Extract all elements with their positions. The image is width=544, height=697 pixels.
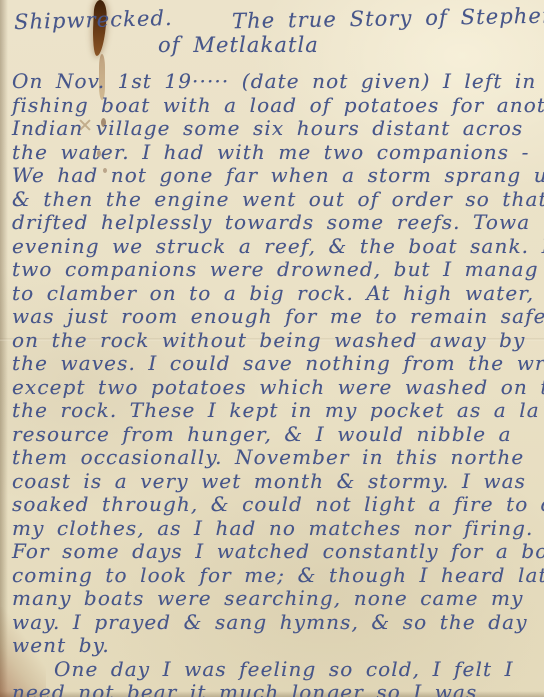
- handwritten-line: way. I prayed & sang hymns, & so the day: [12, 611, 544, 635]
- handwritten-line: resource from hunger, & I would nibble a: [12, 423, 544, 447]
- handwritten-line: fishing boat with a load of potatoes for…: [12, 94, 544, 118]
- handwritten-line: soaked through, & could not light a fire…: [12, 493, 544, 517]
- letter-page: Shipwrecked. The true Story of Stephen R…: [0, 0, 544, 697]
- handwritten-line: coast is a very wet month & stormy. I wa…: [12, 470, 544, 494]
- handwritten-line: evening we struck a reef, & the boat san…: [12, 235, 544, 259]
- handwritten-line: the water. I had with me two companions …: [12, 141, 544, 165]
- handwritten-line: coming to look for me; & though I heard …: [12, 564, 544, 588]
- handwritten-line: On Nov. 1st 19····· (date not given) I l…: [12, 70, 544, 94]
- handwritten-line: the rock. These I kept in my pocket as a…: [12, 399, 544, 423]
- handwritten-line: We had not gone far when a storm sprang …: [12, 164, 544, 188]
- handwritten-line: on the rock without being washed away by: [12, 329, 544, 353]
- title-true-story: The true Story of Stephen Ry: [232, 3, 544, 33]
- handwritten-line: Indian village some six hours distant ac…: [12, 117, 544, 141]
- title-of-metlakatla: of Metlakatla: [158, 33, 319, 57]
- handwritten-line: two companions were drowned, but I manag: [12, 258, 544, 282]
- title-shipwrecked: Shipwrecked.: [14, 6, 173, 34]
- letter-body: On Nov. 1st 19····· (date not given) I l…: [12, 70, 544, 697]
- handwritten-line: was just room enough for me to remain sa…: [12, 305, 544, 329]
- handwritten-line: & then the engine went out of order so t…: [12, 188, 544, 212]
- handwritten-line: except two potatoes which were washed on…: [12, 376, 544, 400]
- handwritten-line: went by.: [12, 634, 544, 658]
- handwritten-line: my clothes, as I had no matches nor firi…: [12, 517, 544, 541]
- handwritten-line: need not bear it much longer so I was: [12, 681, 544, 697]
- handwritten-line: them occasionally. November in this nort…: [12, 446, 544, 470]
- paper-edge-shadow-left: [0, 0, 8, 697]
- handwritten-line: many boats were searching, none came my: [12, 587, 544, 611]
- handwritten-line: to clamber on to a big rock. At high wat…: [12, 282, 544, 306]
- handwritten-line: For some days I watched constantly for a…: [12, 540, 544, 564]
- handwritten-line: One day I was feeling so cold, I felt I: [12, 658, 544, 682]
- handwritten-line: drifted helplessly towards some reefs. T…: [12, 211, 544, 235]
- handwritten-line: the waves. I could save nothing from the…: [12, 352, 544, 376]
